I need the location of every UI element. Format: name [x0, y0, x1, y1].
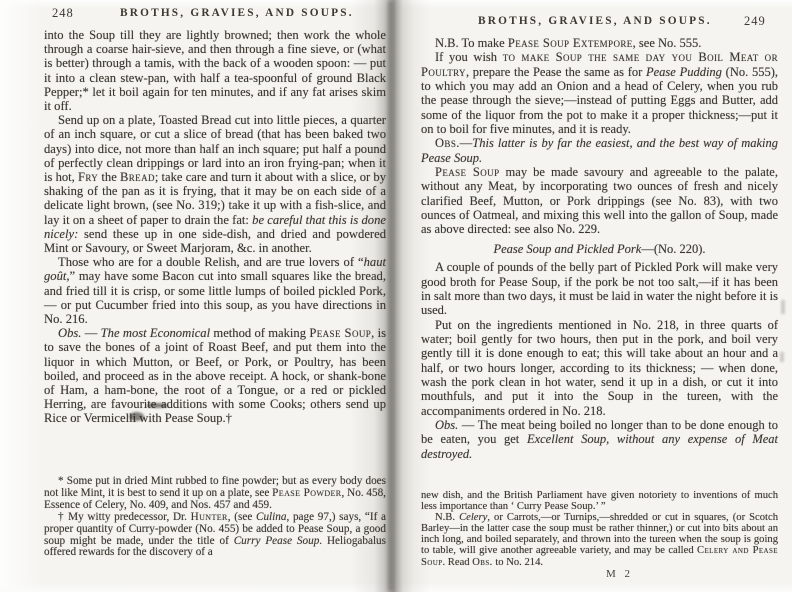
- text-segment: Obs.: [58, 326, 81, 340]
- scan-artifact: [781, 300, 785, 314]
- text-segment: Curry Pease Soup: [234, 535, 320, 547]
- signature-mark: M 2: [606, 568, 633, 580]
- paragraph: into the Soup till they are lightly brow…: [44, 28, 386, 113]
- text-segment: send these up in one side-dish, and drie…: [44, 227, 386, 255]
- text-segment: Pease Soup: [309, 326, 371, 340]
- right-running-head: BROTHS, GRAVIES, AND SOUPS.: [478, 15, 712, 27]
- text-segment: —: [460, 136, 473, 150]
- recipe-heading: Pease Soup and Pickled Pork—(No. 220).: [421, 242, 778, 256]
- text-segment: , see No. 555.: [633, 36, 702, 50]
- left-page-body: into the Soup till they are lightly brow…: [44, 28, 386, 426]
- scan-left-margin: [0, 0, 42, 592]
- paragraph: new dish, and the British Parliament hav…: [421, 490, 778, 512]
- text-segment: N.B. To make: [435, 36, 508, 50]
- right-page-body: N.B. To make Pease Soup Extempore, see N…: [421, 36, 778, 461]
- text-segment: Pease Soup: [435, 165, 499, 179]
- paragraph: Send up on a plate, Toasted Bread cut in…: [44, 113, 386, 255]
- left-page-footnotes: * Some put in dried Mint rubbed to fine …: [44, 476, 386, 559]
- text-segment: , (see: [228, 511, 256, 523]
- text-segment: . Read: [443, 557, 473, 568]
- text-segment: This latter is by far the easiest, and t…: [421, 136, 778, 164]
- paragraph: Obs. — The meat being boiled no longer t…: [421, 418, 778, 461]
- text-segment: new dish, and the British Parliament hav…: [421, 490, 778, 512]
- paragraph: Pease Soup may be made savoury and agree…: [421, 165, 778, 237]
- text-segment: Pease Powder: [272, 487, 341, 499]
- paragraph: Put on the ingredients mentioned in No. …: [421, 318, 778, 418]
- text-segment: Culina: [256, 511, 286, 523]
- text-segment: Hunter: [191, 511, 228, 523]
- text-segment: , prepare the Pease the same as for: [466, 65, 646, 79]
- text-segment: Fry: [78, 170, 98, 184]
- text-segment: ,” may have some Bacon cut into small sq…: [44, 269, 386, 326]
- paragraph: Those who are for a double Relish, and a…: [44, 255, 386, 326]
- text-segment: into the Soup till they are lightly brow…: [44, 28, 386, 113]
- text-segment: A couple of pounds of the belly part of …: [421, 260, 778, 317]
- text-segment: Obs.: [435, 136, 460, 150]
- text-segment: method of making: [210, 326, 309, 340]
- left-page-number: 248: [52, 6, 74, 21]
- text-segment: to No. 214.: [493, 557, 543, 568]
- text-segment: Those who are for a double Relish, and a…: [58, 255, 364, 269]
- text-segment: , is to save the bones of a joint of Roa…: [44, 326, 386, 425]
- paragraph: Obs. — The most Economical method of mak…: [44, 326, 386, 425]
- paragraph: N.B. Celery, or Carrots,—or Turnips,—shr…: [421, 512, 778, 567]
- paragraph: If you wish to make Soup the same day yo…: [421, 50, 778, 136]
- paragraph: † My witty predecessor, Dr. Hunter, (see…: [44, 512, 386, 560]
- paragraph: N.B. To make Pease Soup Extempore, see N…: [421, 36, 778, 50]
- left-running-head: BROTHS, GRAVIES, AND SOUPS.: [120, 7, 354, 19]
- paragraph: Obs.—This latter is by far the easiest, …: [421, 136, 778, 165]
- binding-gutter-line: [388, 0, 393, 592]
- right-page-footnotes: new dish, and the British Parliament hav…: [421, 490, 778, 568]
- text-segment: Celery: [459, 512, 487, 523]
- text-segment: Pease Soup Extempore: [508, 36, 633, 50]
- right-page-number: 249: [744, 14, 766, 29]
- text-segment: Bread: [120, 170, 155, 184]
- text-segment: The most Economical: [101, 326, 210, 340]
- text-segment: Obs.: [435, 418, 458, 432]
- text-segment: N.B.: [435, 512, 459, 523]
- text-segment: the: [98, 170, 120, 184]
- ink-smudge: [129, 412, 144, 421]
- paragraph: A couple of pounds of the belly part of …: [421, 260, 778, 317]
- text-segment: Pease Pudding: [646, 65, 722, 79]
- paragraph: * Some put in dried Mint rubbed to fine …: [44, 476, 386, 512]
- ink-smudge: [146, 403, 168, 408]
- text-segment: —: [81, 326, 100, 340]
- scan-artifact: [780, 352, 784, 362]
- text-segment: —(No. 220).: [641, 242, 705, 256]
- text-segment: If you wish: [435, 50, 503, 64]
- text-segment: † My witty predecessor, Dr.: [58, 511, 191, 523]
- text-segment: Put on the ingredients mentioned in No. …: [421, 318, 778, 418]
- text-segment: Obs.: [472, 557, 492, 568]
- text-segment: Pease Soup and Pickled Pork: [493, 242, 641, 256]
- book-scan: 248 BROTHS, GRAVIES, AND SOUPS. into the…: [0, 0, 792, 592]
